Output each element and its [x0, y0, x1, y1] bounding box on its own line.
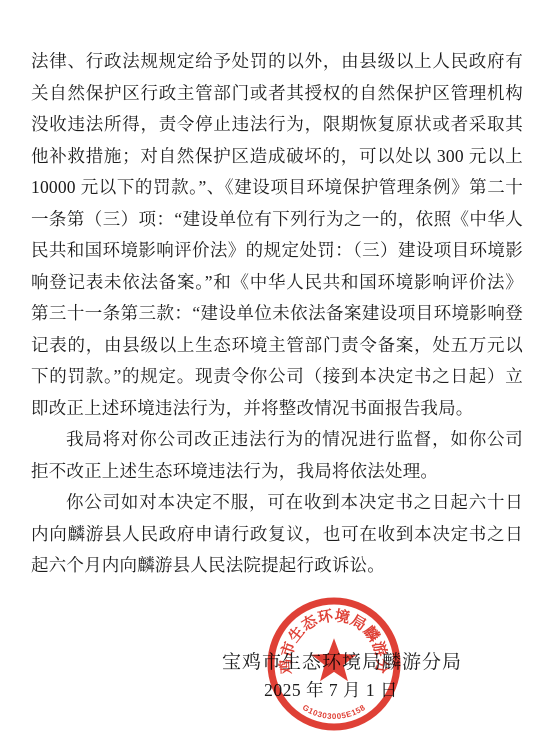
document-page: 法律、行政法规规定给予处罚的以外，由县级以上人民政府有关自然保护区行政主管部门或… — [0, 0, 552, 754]
star-icon — [311, 638, 356, 681]
document-body: 法律、行政法规规定给予处罚的以外，由县级以上人民政府有关自然保护区行政主管部门或… — [0, 0, 552, 582]
paragraph-supervision: 我局将对你公司改正违法行为的情况进行监督，如你公司拒不改正上述生态环境违法行为，… — [31, 424, 523, 487]
paragraph-legal-basis: 法律、行政法规规定给予处罚的以外，由县级以上人民政府有关自然保护区行政主管部门或… — [31, 46, 523, 424]
official-seal-stamp: 宝鸡市生态环境局麟游分局 G10303005E158 — [259, 589, 409, 739]
paragraph-appeal-rights: 你公司如对本决定不服，可在收到本决定书之日起六十日内向麟游县人民政府申请行政复议… — [31, 487, 523, 582]
seal-code: G10303005E158 — [301, 703, 367, 721]
